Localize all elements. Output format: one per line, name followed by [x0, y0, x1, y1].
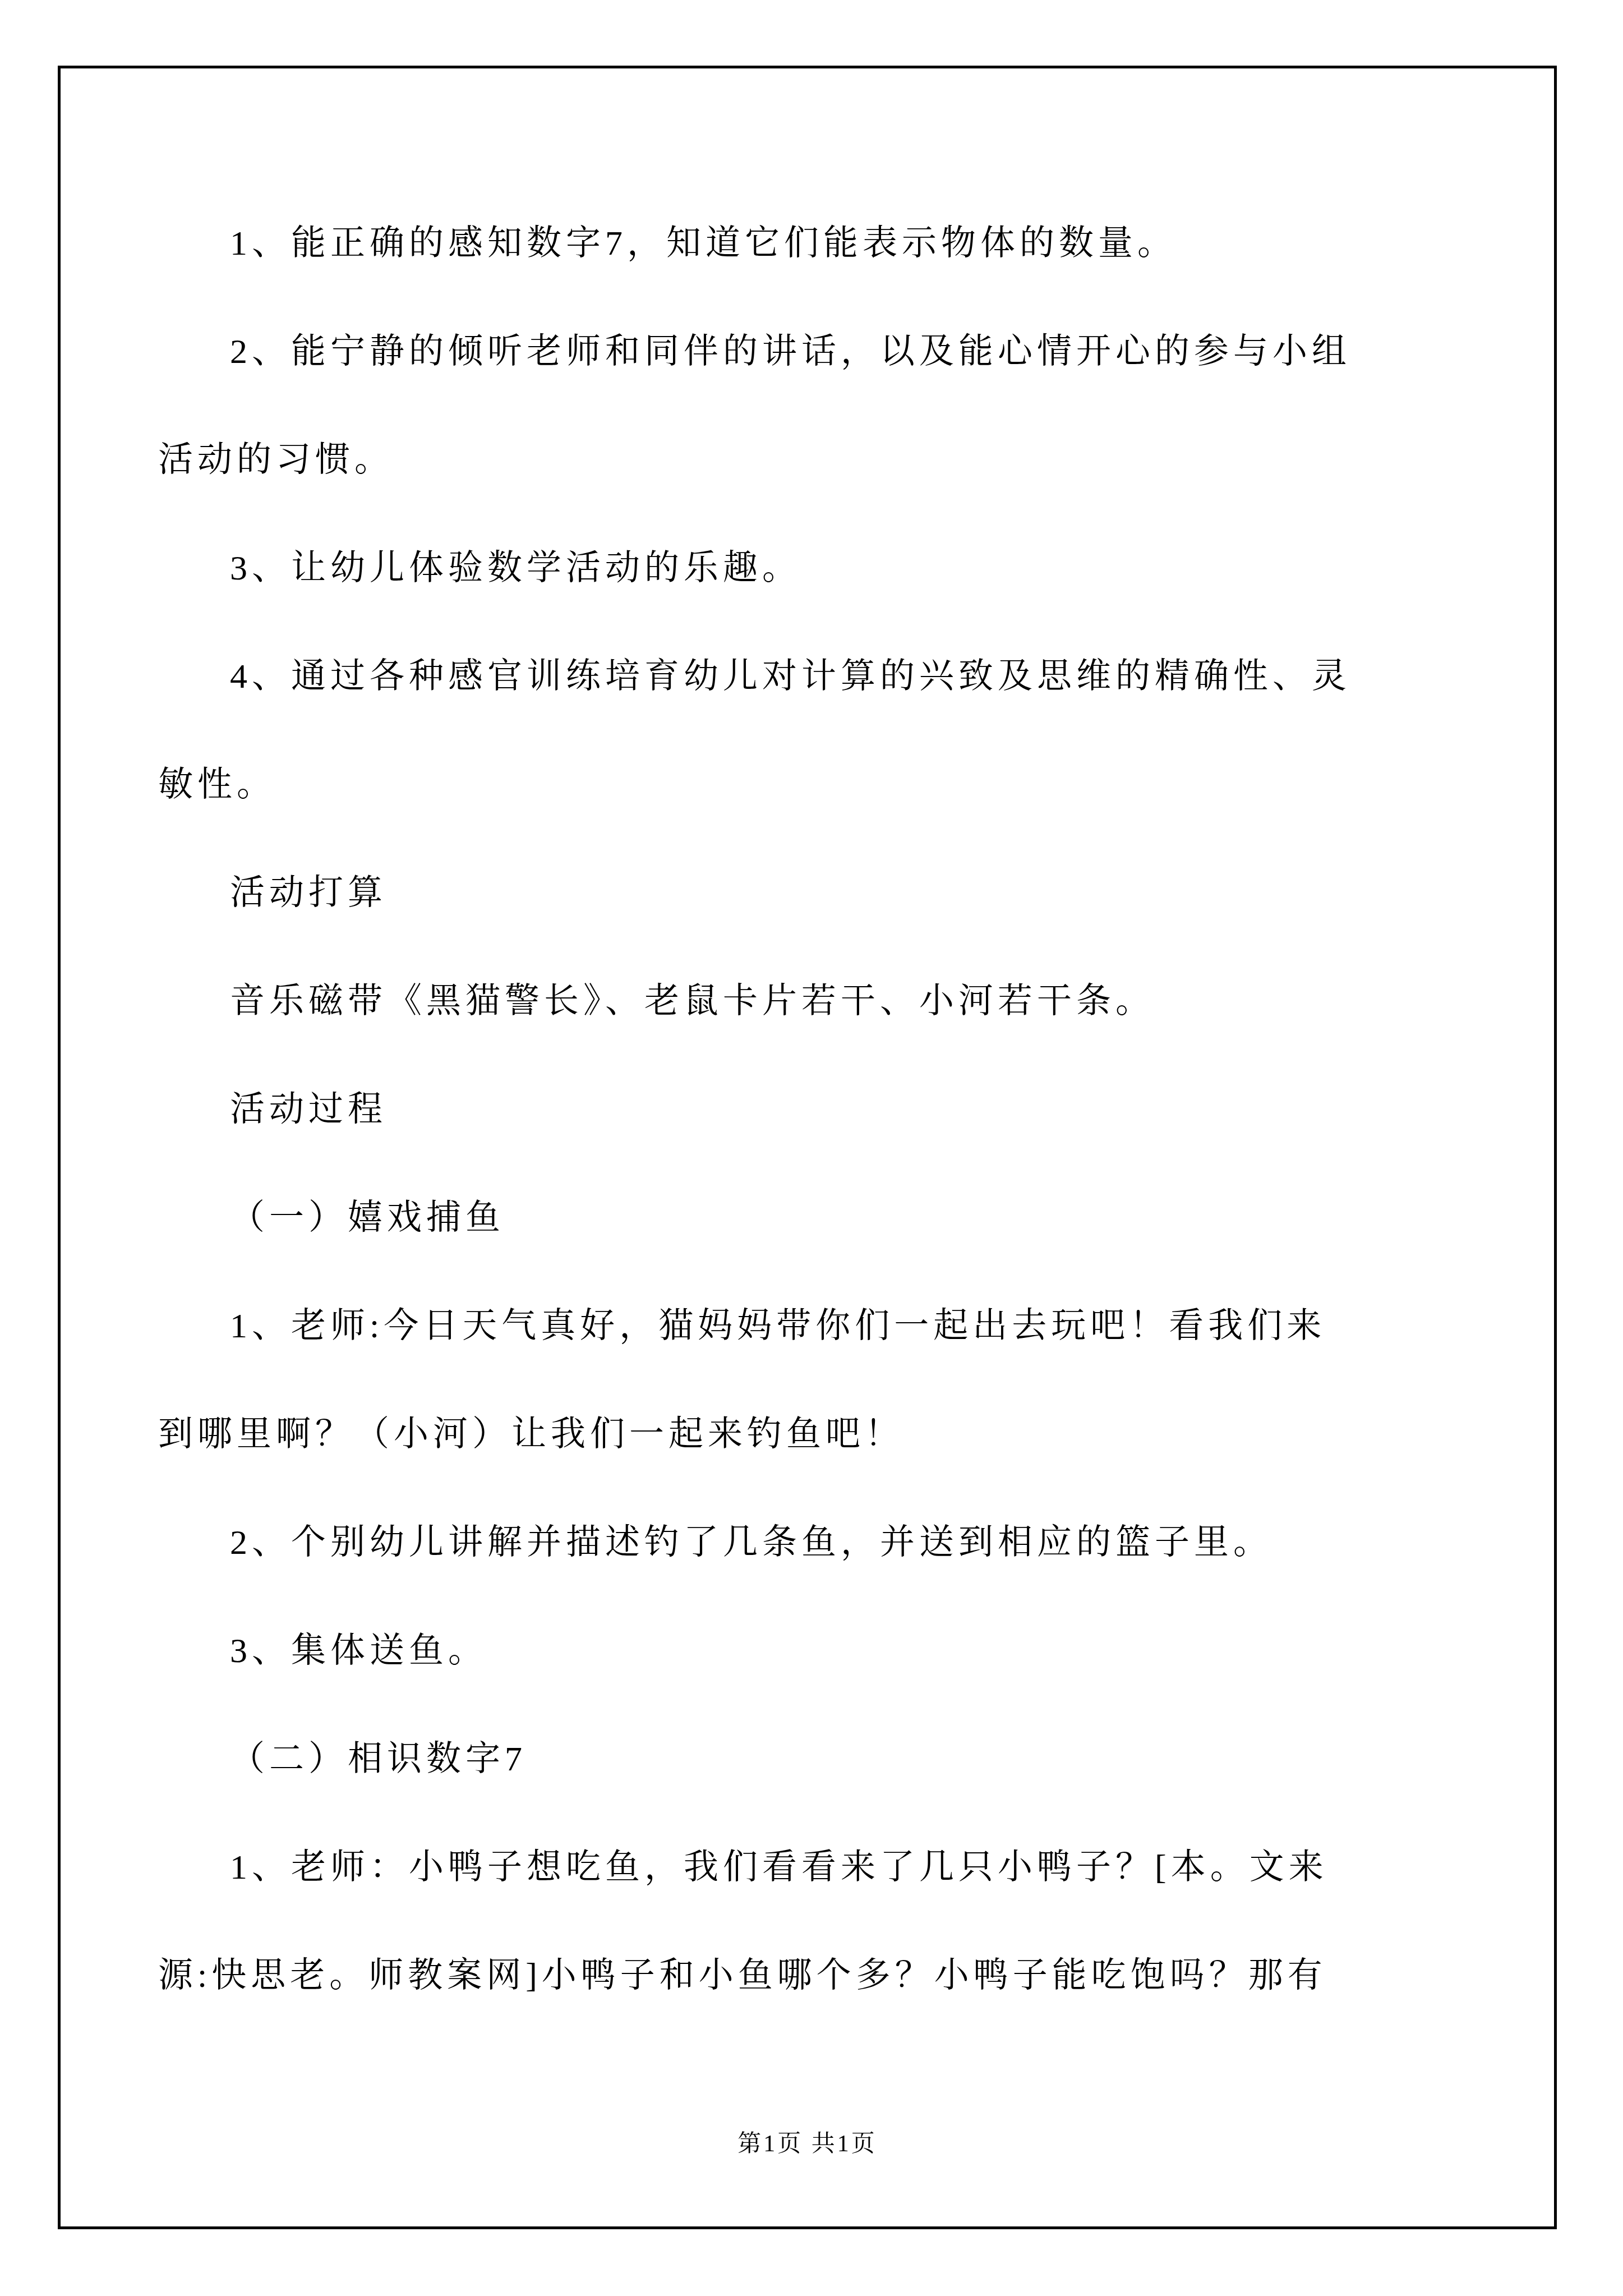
text-line: 音乐磁带《黑猫警长》、老鼠卡片若干、小河若干条。 [158, 947, 1465, 1056]
text-line: 活动过程 [158, 1056, 1465, 1164]
text-line: 到哪里啊？（小河）让我们一起来钓鱼吧！ [158, 1381, 1465, 1489]
text-line: 活动的习惯。 [158, 406, 1465, 514]
document-body: 1、能正确的感知数字7，知道它们能表示物体的数量。 2、能宁静的倾听老师和同伴的… [158, 190, 1465, 2030]
text-line: 敏性。 [158, 731, 1465, 839]
text-line: （二）相识数字7 [158, 1705, 1465, 1814]
text-line: 3、集体送鱼。 [158, 1597, 1465, 1705]
text-line: 活动打算 [158, 839, 1465, 947]
page-footer: 第1页 共1页 [58, 2129, 1557, 2159]
text-line: 1、能正确的感知数字7，知道它们能表示物体的数量。 [158, 190, 1465, 298]
text-line: 2、能宁静的倾听老师和同伴的讲话，以及能心情开心的参与小组 [158, 298, 1465, 406]
text-line: 4、通过各种感官训练培育幼儿对计算的兴致及思维的精确性、灵 [158, 623, 1465, 731]
text-line: 1、老师：小鸭子想吃鱼，我们看看来了几只小鸭子？[本。文来 [158, 1814, 1465, 1922]
text-line: 源:快思老。师教案网]小鸭子和小鱼哪个多？小鸭子能吃饱吗？那有 [158, 1922, 1465, 2030]
text-line: （一）嬉戏捕鱼 [158, 1164, 1465, 1272]
text-line: 1、老师:今日天气真好，猫妈妈带你们一起出去玩吧！看我们来 [158, 1272, 1465, 1381]
text-line: 2、个别幼儿讲解并描述钓了几条鱼，并送到相应的篮子里。 [158, 1489, 1465, 1597]
text-line: 3、让幼儿体验数学活动的乐趣。 [158, 514, 1465, 623]
